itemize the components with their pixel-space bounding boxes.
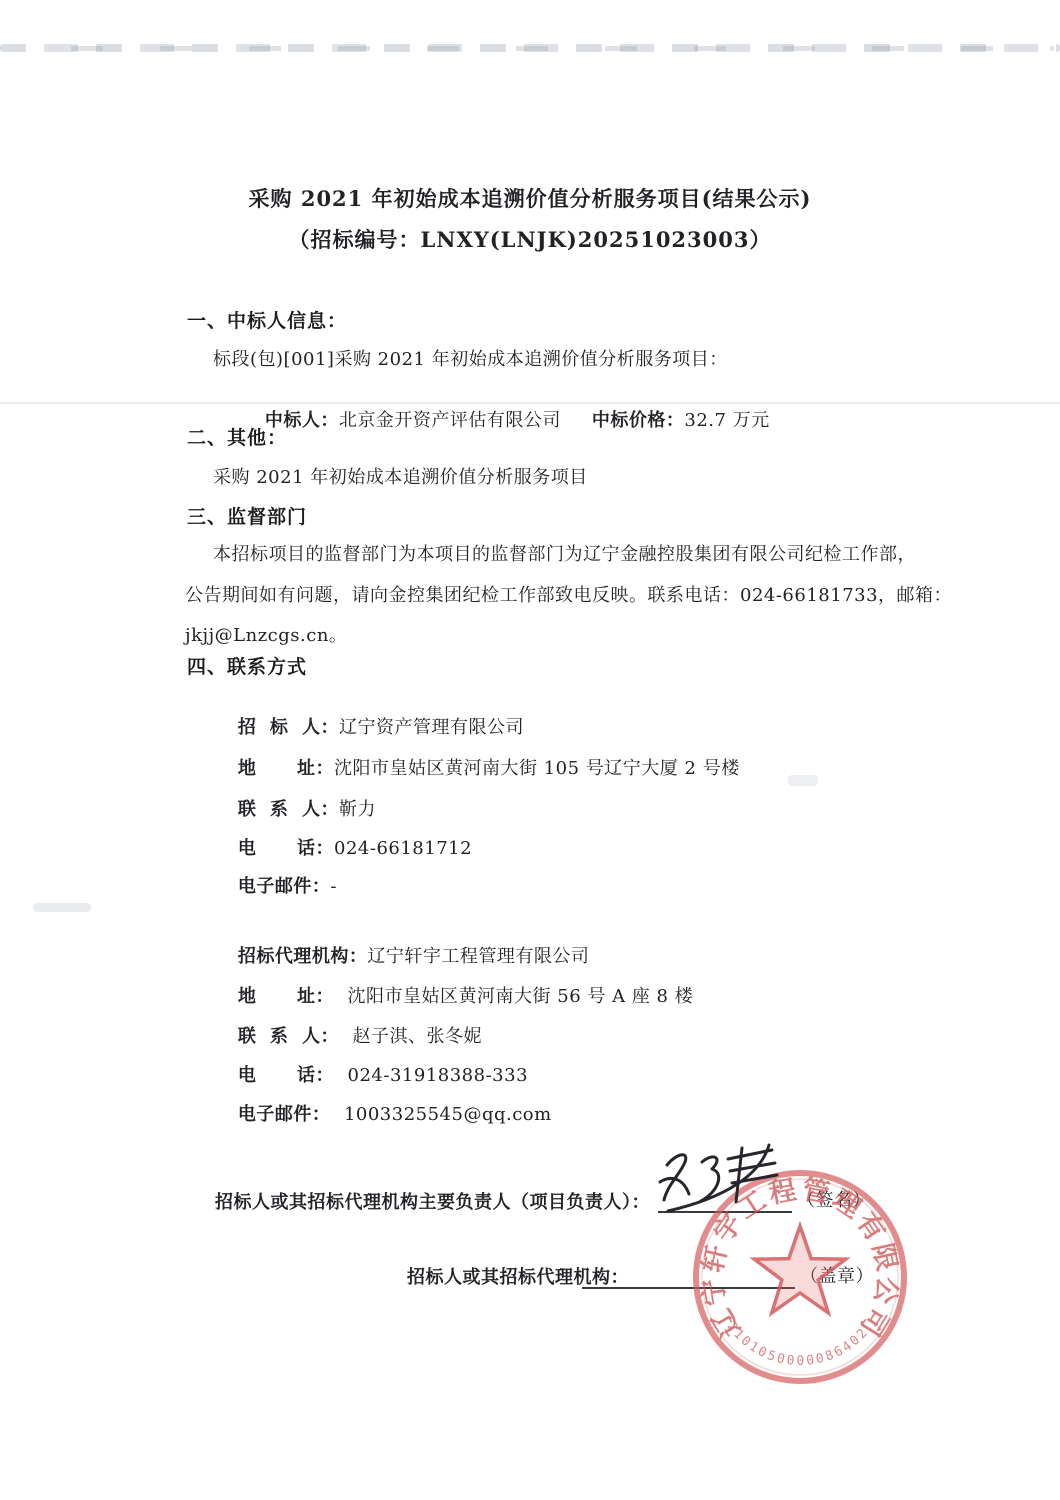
section1-lot-line: 标段(包)[001]采购 2021 年初始成本追溯价值分析服务项目： [213,345,728,371]
seal-star-icon [754,1226,845,1313]
section1-winner-line: 中标人：北京金开资产评估有限公司 [240,385,561,453]
section3-line3: jkjj@Lnzcgs.cn。 [185,621,347,647]
doc-title-line2: （招标编号：LNXY(LNJK)20251023003） [0,224,1060,254]
agency-email-row: 电子邮件： 1003325545@qq.com [213,1079,552,1147]
tenderer-addr: 沈阳市皇姑区黄河南大街 105 号辽宁大厦 2 号楼 [334,758,740,779]
section1-heading: 一、中标人信息： [187,306,347,333]
price-value: 32.7 万元 [684,410,769,431]
scan-smudge [33,903,91,912]
section3-line2: 公告期间如有问题，请向金控集团纪检工作部致电反映。联系电话：024-661817… [185,581,952,607]
signature-scribble [650,1138,810,1222]
tenderer-email-label: 电子邮件： [238,876,331,897]
tenderer-phone: 024-66181712 [334,838,472,859]
doc-title-line1: 采购 2021 年初始成本追溯价值分析服务项目(结果公示) [0,183,1060,213]
agency-email: 1003325545@qq.com [344,1104,552,1125]
section1-price-line: 中标价格：32.7 万元 [567,385,770,453]
section3-heading: 三、监督部门 [187,502,307,529]
price-label: 中标价格： [592,410,685,431]
document-page: 采购 2021 年初始成本追溯价值分析服务项目(结果公示) （招标编号：LNXY… [0,0,1060,1500]
section3-line1: 本招标项目的监督部门为本项目的监督部门为辽宁金融控股集团有限公司纪检工作部， [213,540,916,566]
org-signoff-label: 招标人或其招标代理机构： [407,1263,629,1289]
section2-heading: 二、其他： [187,423,287,450]
tenderer-email-row: 电子邮件：- [213,851,337,919]
scan-smudge [788,775,818,786]
scan-artifact-dashes-2 [14,46,1054,51]
section2-body: 采购 2021 年初始成本追溯价值分析服务项目 [213,463,588,489]
principal-signoff-label: 招标人或其招标代理机构主要负责人（项目负责人）： [215,1188,650,1214]
section4-heading: 四、联系方式 [187,652,307,679]
winner-name: 北京金开资产评估有限公司 [339,410,561,431]
tenderer-email: - [330,876,337,897]
agency-email-label: 电子邮件： [238,1104,344,1125]
